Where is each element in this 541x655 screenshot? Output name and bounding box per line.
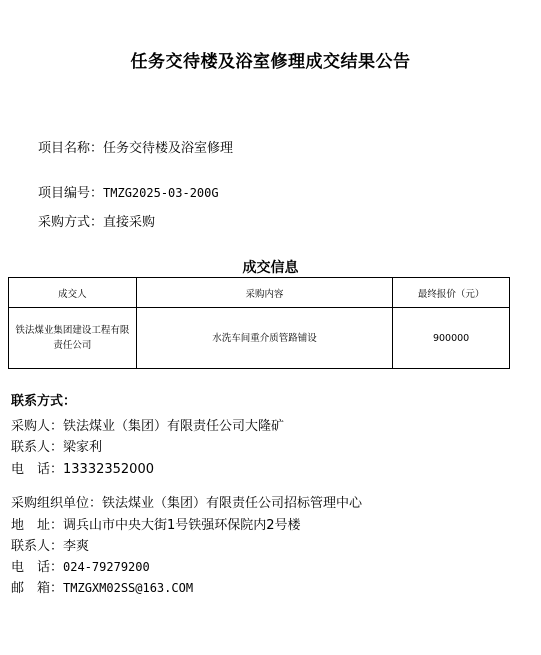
agency-contact-line: 联系人：李爽 bbox=[11, 535, 89, 554]
project-name-value: 任务交待楼及浴室修理 bbox=[103, 141, 233, 156]
column-header-price: 最终报价（元） bbox=[393, 278, 510, 308]
agency-contact-label: 联系人： bbox=[11, 539, 63, 554]
deal-info-table: 成交人 采购内容 最终报价（元） 铁法煤业集团建设工程有限责任公司 水洗车间重介… bbox=[8, 277, 510, 369]
cell-winner: 铁法煤业集团建设工程有限责任公司 bbox=[9, 308, 137, 369]
agency-label: 采购组织单位： bbox=[11, 496, 102, 511]
project-name-label: 项目名称： bbox=[38, 141, 103, 156]
purchaser-contact-value: 梁家利 bbox=[63, 440, 102, 455]
procurement-method-label: 采购方式： bbox=[38, 215, 103, 230]
purchaser-value: 铁法煤业（集团）有限责任公司大隆矿 bbox=[63, 419, 284, 434]
cell-price: 900000 bbox=[393, 308, 510, 369]
agency-phone-value: 024-79279200 bbox=[63, 560, 150, 574]
project-code-value: TMZG2025-03-200G bbox=[103, 186, 219, 200]
cell-content: 水洗车间重介质管路铺设 bbox=[136, 308, 392, 369]
purchaser-phone-label: 电 话： bbox=[11, 462, 63, 477]
procurement-method-value: 直接采购 bbox=[103, 215, 155, 230]
address-label: 地 址： bbox=[11, 518, 63, 533]
address-value: 调兵山市中央大街1号铁强环保院内2号楼 bbox=[63, 518, 301, 533]
purchaser-contact-line: 联系人：梁家利 bbox=[11, 436, 102, 455]
purchaser-contact-label: 联系人： bbox=[11, 440, 63, 455]
purchaser-label: 采购人： bbox=[11, 419, 63, 434]
page-title: 任务交待楼及浴室修理成交结果公告 bbox=[0, 47, 541, 72]
agency-line: 采购组织单位：铁法煤业（集团）有限责任公司招标管理中心 bbox=[11, 492, 362, 511]
agency-phone-label: 电 话： bbox=[11, 560, 63, 575]
procurement-method-line: 采购方式：直接采购 bbox=[38, 211, 155, 230]
purchaser-phone-line: 电 话：13332352000 bbox=[11, 458, 154, 477]
agency-contact-value: 李爽 bbox=[63, 539, 89, 554]
email-line: 邮 箱：TMZGXM02SS@163.COM bbox=[11, 577, 193, 596]
column-header-content: 采购内容 bbox=[136, 278, 392, 308]
project-code-line: 项目编号：TMZG2025-03-200G bbox=[38, 182, 219, 201]
purchaser-line: 采购人：铁法煤业（集团）有限责任公司大隆矿 bbox=[11, 415, 284, 434]
purchaser-phone-value: 13332352000 bbox=[63, 462, 154, 477]
project-code-label: 项目编号： bbox=[38, 186, 103, 201]
table-row: 铁法煤业集团建设工程有限责任公司 水洗车间重介质管路铺设 900000 bbox=[9, 308, 510, 369]
column-header-winner: 成交人 bbox=[9, 278, 137, 308]
deal-info-heading: 成交信息 bbox=[0, 257, 541, 277]
table-header-row: 成交人 采购内容 最终报价（元） bbox=[9, 278, 510, 308]
address-line: 地 址：调兵山市中央大街1号铁强环保院内2号楼 bbox=[11, 514, 301, 533]
email-value: TMZGXM02SS@163.COM bbox=[63, 581, 193, 595]
agency-value: 铁法煤业（集团）有限责任公司招标管理中心 bbox=[102, 496, 362, 511]
contact-heading: 联系方式： bbox=[11, 390, 76, 409]
agency-phone-line: 电 话：024-79279200 bbox=[11, 556, 150, 575]
project-name-line: 项目名称：任务交待楼及浴室修理 bbox=[38, 137, 233, 156]
email-label: 邮 箱： bbox=[11, 581, 63, 596]
